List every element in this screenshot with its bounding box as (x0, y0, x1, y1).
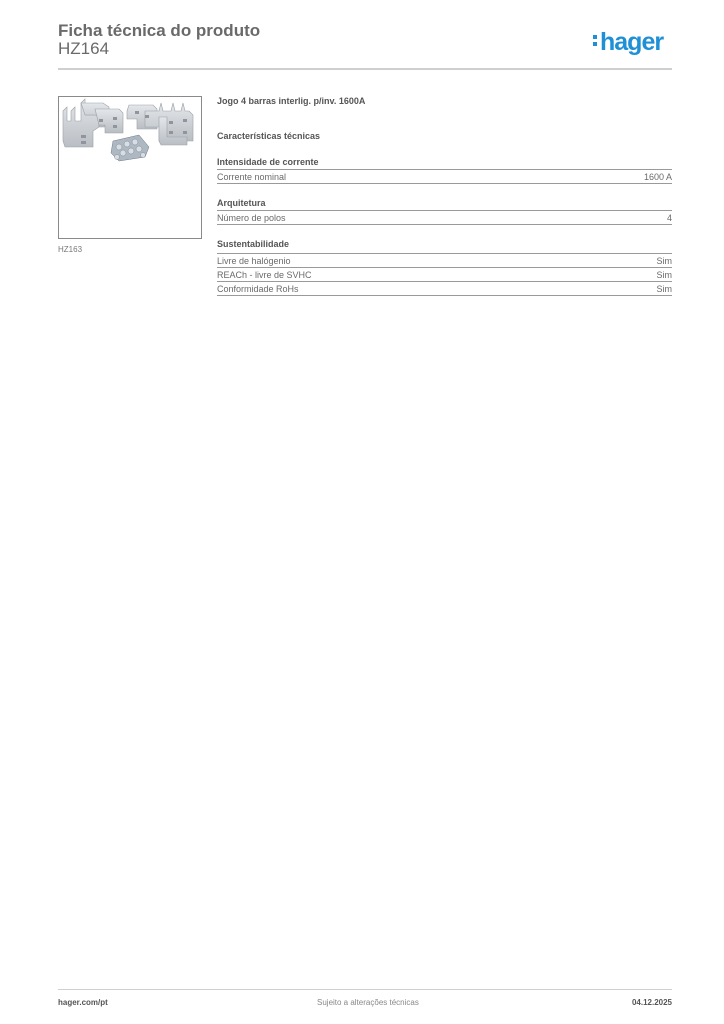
footer-disclaimer: Sujeito a alterações técnicas (317, 998, 419, 1007)
product-code: HZ164 (58, 39, 109, 59)
document-title: Ficha técnica do produto (58, 21, 260, 41)
section-title: Características técnicas (217, 131, 672, 157)
spec-row: Conformidade RoHs Sim (217, 282, 672, 296)
product-image (58, 96, 202, 239)
spec-row: Número de polos 4 (217, 211, 672, 225)
spec-value: Sim (657, 270, 673, 279)
spec-value: Sim (657, 284, 673, 293)
image-caption: HZ163 (58, 245, 82, 254)
group-title: Intensidade de corrente (217, 157, 672, 170)
spec-label: Livre de halógenio (217, 256, 291, 265)
spec-label: Corrente nominal (217, 172, 286, 181)
spec-value: Sim (657, 256, 673, 265)
spec-value: 1600 A (644, 172, 672, 181)
spec-row: Corrente nominal 1600 A (217, 170, 672, 184)
spec-group-architecture: Arquitetura Número de polos 4 (217, 198, 672, 225)
product-details: Jogo 4 barras interlig. p/inv. 1600A Car… (217, 96, 672, 310)
spec-group-sustainability: Sustentabilidade Livre de halógenio Sim … (217, 239, 672, 296)
footer-date: 04.12.2025 (632, 998, 672, 1007)
header-divider (58, 68, 672, 70)
logo-colon-icon (593, 32, 599, 49)
spec-label: Conformidade RoHs (217, 284, 299, 293)
spec-value: 4 (667, 213, 672, 222)
spec-row: Livre de halógenio Sim (217, 254, 672, 268)
group-title: Sustentabilidade (217, 239, 672, 254)
spec-group-current: Intensidade de corrente Corrente nominal… (217, 157, 672, 184)
busbar-set-illustration (59, 97, 201, 238)
footer-website-link[interactable]: hager.com/pt (58, 998, 108, 1007)
hager-logo: hager (593, 28, 663, 57)
spec-row: REACh - livre de SVHC Sim (217, 268, 672, 282)
spec-label: Número de polos (217, 213, 286, 222)
product-name: Jogo 4 barras interlig. p/inv. 1600A (217, 96, 672, 131)
group-title: Arquitetura (217, 198, 672, 211)
spec-label: REACh - livre de SVHC (217, 270, 312, 279)
footer-divider (58, 989, 672, 990)
